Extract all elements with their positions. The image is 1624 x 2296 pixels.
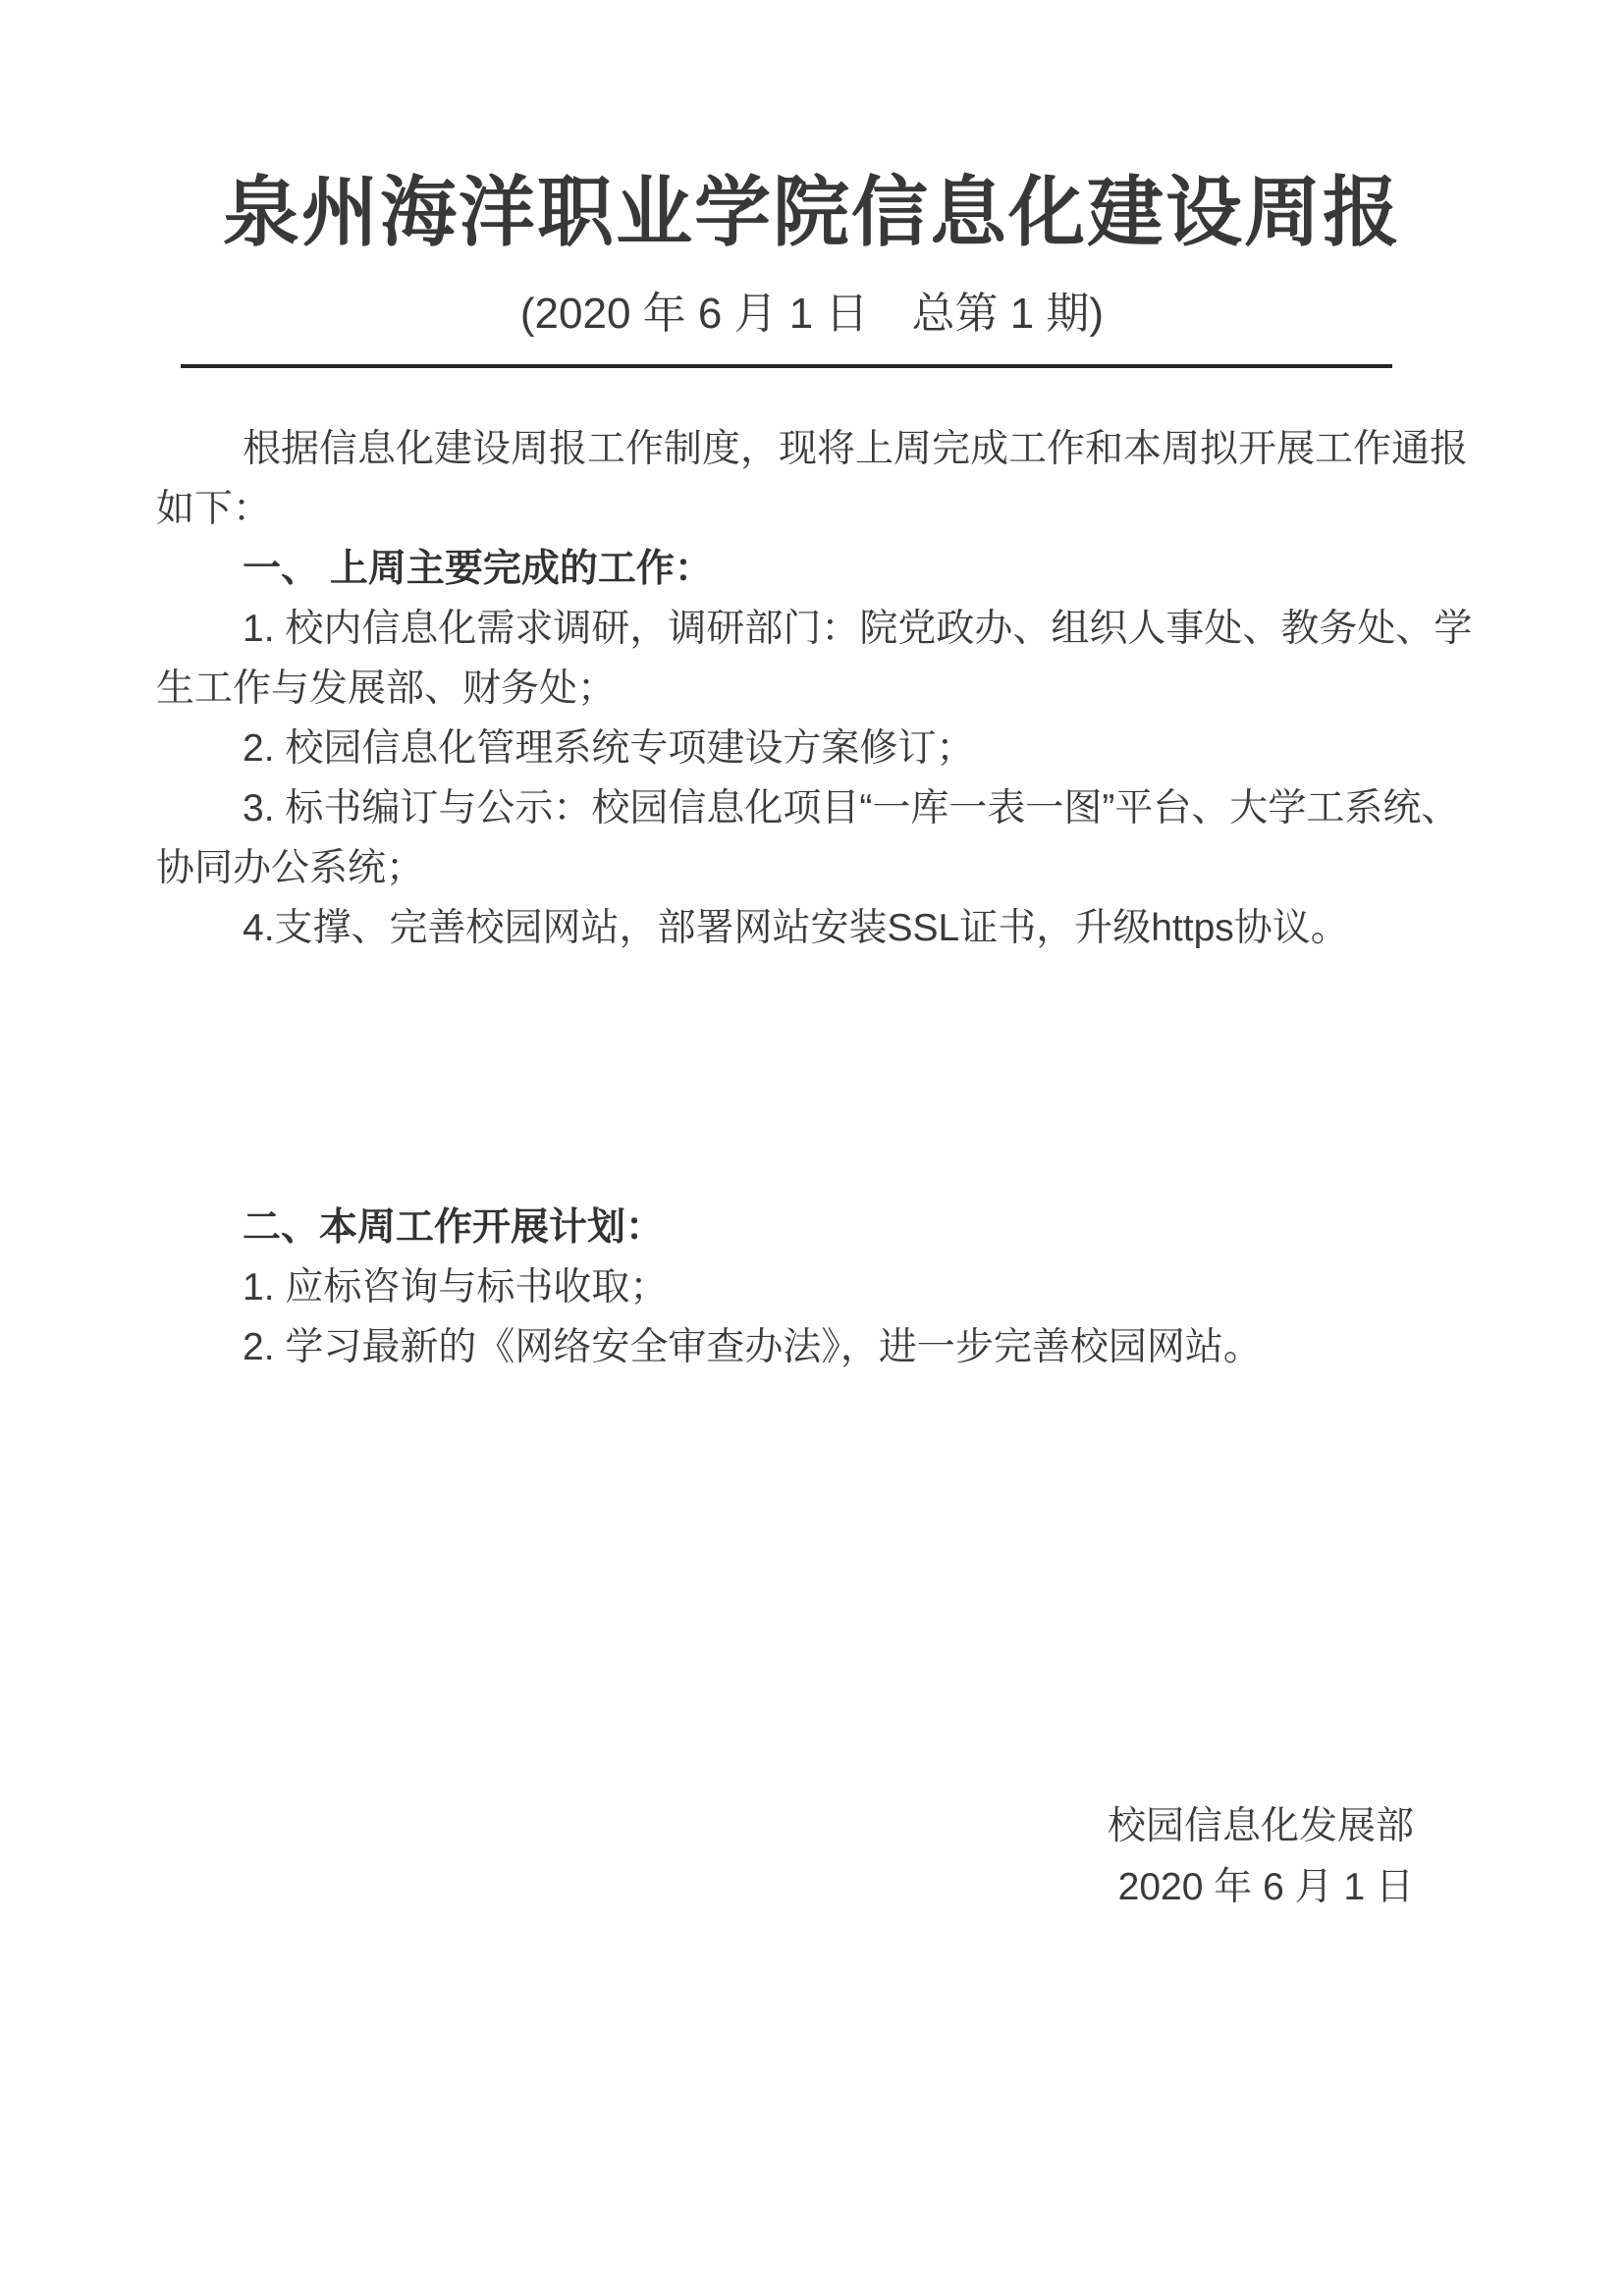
signature-department: 校园信息化发展部 (1108, 1796, 1414, 1857)
section-1-item-1-line-2: 生工作与发展部、财务处； (156, 659, 1464, 719)
signature-block: 校园信息化发展部 2020 年 6 月 1 日 (1108, 1796, 1414, 1918)
document-body: 根据信息化建设周报工作制度，现将上周完成工作和本周拟开展工作通报 如下： 一、 … (156, 419, 1464, 1377)
issue-date-line: (2020 年 6 月 1 日 总第 1 期) (0, 287, 1624, 342)
section-2-heading: 二、本周工作开展计划： (156, 1198, 1464, 1257)
section-2-item-2: 2. 学习最新的《网络安全审查办法》，进一步完善校园网站。 (156, 1317, 1464, 1377)
intro-line-1: 根据信息化建设周报工作制度，现将上周完成工作和本周拟开展工作通报 (156, 419, 1464, 479)
document-page: 泉州海洋职业学院信息化建设周报 (2020 年 6 月 1 日 总第 1 期) … (0, 0, 1624, 2296)
section-1-item-2: 2. 校园信息化管理系统专项建设方案修订； (156, 719, 1464, 778)
intro-line-2: 如下： (156, 479, 1464, 539)
section-1-item-3-line-2: 协同办公系统； (156, 838, 1464, 898)
section-2-item-1: 1. 应标咨询与标书收取； (156, 1257, 1464, 1317)
section-1-heading: 一、 上周主要完成的工作： (156, 539, 1464, 599)
title-divider-line (181, 364, 1392, 368)
document-title: 泉州海洋职业学院信息化建设周报 (0, 167, 1624, 257)
section-1-item-4: 4.支撑、完善校园网站，部署网站安装SSL证书，升级https协议。 (156, 898, 1464, 958)
signature-date: 2020 年 6 月 1 日 (1108, 1857, 1414, 1918)
section-1-item-3-line-1: 3. 标书编订与公示：校园信息化项目“一库一表一图”平台、大学工系统、 (156, 778, 1464, 838)
section-1-item-1-line-1: 1. 校内信息化需求调研，调研部门：院党政办、组织人事处、教务处、学 (156, 599, 1464, 659)
